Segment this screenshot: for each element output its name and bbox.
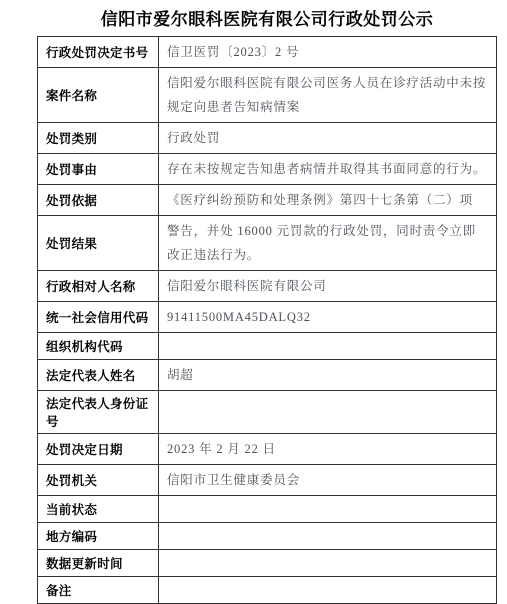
row-label: 处罚决定日期 (38, 434, 159, 465)
table-row: 地方编码 (38, 523, 497, 550)
penalty-notice-page: 信阳市爱尔眼科医院有限公司行政处罚公示 行政处罚决定书号 信卫医罚〔2023〕2… (0, 0, 507, 556)
row-label: 行政处罚决定书号 (38, 37, 159, 68)
page-title: 信阳市爱尔眼科医院有限公司行政处罚公示 (37, 5, 497, 30)
row-label: 行政相对人名称 (38, 271, 159, 302)
row-label: 案件名称 (38, 68, 159, 123)
table-row: 处罚机关 信阳市卫生健康委员会 (38, 465, 497, 496)
row-value: 91411500MA45DALQ32 (159, 302, 497, 333)
row-label: 处罚结果 (38, 216, 159, 271)
table-row: 组织机构代码 (38, 333, 497, 360)
row-value: 行政处罚 (159, 123, 497, 154)
row-value: 信阳市卫生健康委员会 (159, 465, 497, 496)
table-row: 处罚依据 《医疗纠纷预防和处理条例》第四十七条第（二）项 (38, 185, 497, 216)
row-label: 处罚依据 (38, 185, 159, 216)
row-value (159, 391, 497, 434)
table-row: 行政处罚决定书号 信卫医罚〔2023〕2 号 (38, 37, 497, 68)
row-value: 《医疗纠纷预防和处理条例》第四十七条第（二）项 (159, 185, 497, 216)
row-label: 当前状态 (38, 496, 159, 523)
table-row: 行政相对人名称 信阳爱尔眼科医院有限公司 (38, 271, 497, 302)
row-value: 信阳爱尔眼科医院有限公司 (159, 271, 497, 302)
row-label: 组织机构代码 (38, 333, 159, 360)
row-label: 数据更新时间 (38, 550, 159, 577)
table-row: 法定代表人姓名 胡超 (38, 360, 497, 391)
row-value (159, 523, 497, 550)
row-value: 警告，并处 16000 元罚款的行政处罚，同时责令立即改正违法行为。 (159, 216, 497, 271)
row-label: 处罚事由 (38, 154, 159, 185)
row-label: 地方编码 (38, 523, 159, 550)
table-row: 处罚类别 行政处罚 (38, 123, 497, 154)
row-value (159, 333, 497, 360)
row-value: 存在未按规定告知患者病情并取得其书面同意的行为。 (159, 154, 497, 185)
table-row: 案件名称 信阳爱尔眼科医院有限公司医务人员在诊疗活动中未按规定向患者告知病情案 (38, 68, 497, 123)
table-row: 统一社会信用代码 91411500MA45DALQ32 (38, 302, 497, 333)
table-row: 备注 (38, 577, 497, 604)
row-value: 信卫医罚〔2023〕2 号 (159, 37, 497, 68)
row-label: 处罚类别 (38, 123, 159, 154)
row-label: 法定代表人身份证号 (38, 391, 159, 434)
penalty-table: 行政处罚决定书号 信卫医罚〔2023〕2 号 案件名称 信阳爱尔眼科医院有限公司… (37, 36, 497, 604)
table-row: 法定代表人身份证号 (38, 391, 497, 434)
row-value (159, 577, 497, 604)
row-label: 统一社会信用代码 (38, 302, 159, 333)
row-label: 备注 (38, 577, 159, 604)
table-row: 处罚结果 警告，并处 16000 元罚款的行政处罚，同时责令立即改正违法行为。 (38, 216, 497, 271)
row-value: 胡超 (159, 360, 497, 391)
row-value: 信阳爱尔眼科医院有限公司医务人员在诊疗活动中未按规定向患者告知病情案 (159, 68, 497, 123)
row-label: 处罚机关 (38, 465, 159, 496)
row-label: 法定代表人姓名 (38, 360, 159, 391)
row-value (159, 550, 497, 577)
row-value: 2023 年 2 月 22 日 (159, 434, 497, 465)
table-row: 处罚决定日期 2023 年 2 月 22 日 (38, 434, 497, 465)
table-row: 数据更新时间 (38, 550, 497, 577)
table-row: 处罚事由 存在未按规定告知患者病情并取得其书面同意的行为。 (38, 154, 497, 185)
row-value (159, 496, 497, 523)
table-row: 当前状态 (38, 496, 497, 523)
